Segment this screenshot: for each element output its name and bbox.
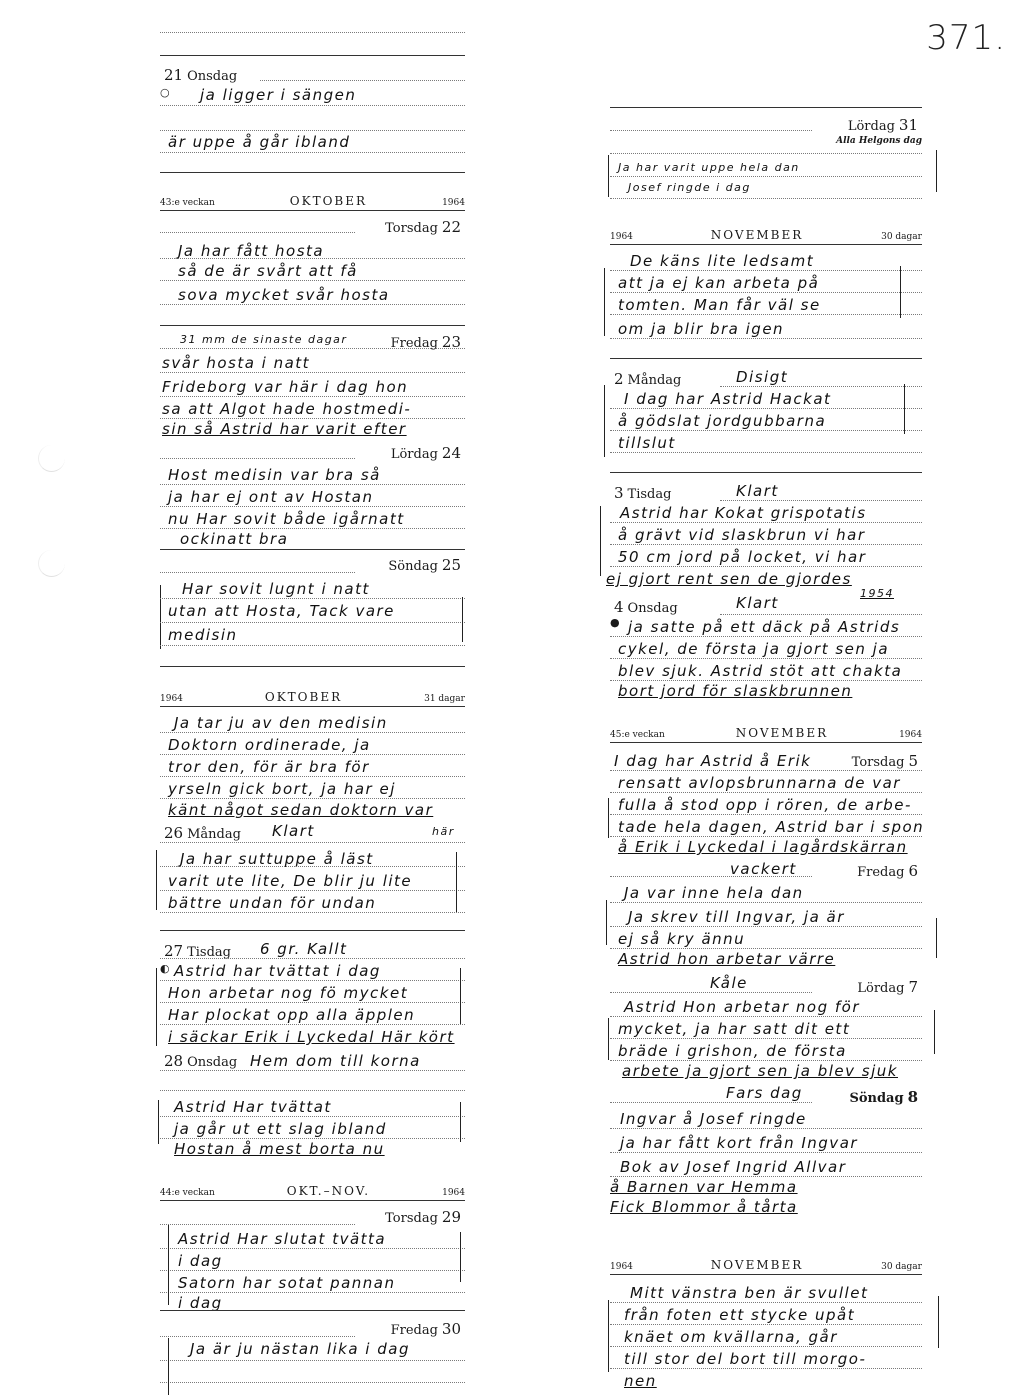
entry-line: Josef ringde i dag: [628, 182, 922, 193]
moon-phase-icon: ●: [610, 616, 620, 629]
entry-line: i säckar Erik i Lyckedal Här kört: [168, 1030, 465, 1045]
weather-note: Klart: [736, 596, 922, 611]
entry-line: Astrid Hon arbetar nog för: [624, 1000, 922, 1015]
entry-line: är uppe å går ibland: [168, 135, 465, 150]
entry-line: Ja skrev till Ingvar, ja är: [628, 910, 922, 925]
entry-line: om ja blir bra igen: [618, 322, 922, 337]
day-label-24: Lördag24: [391, 444, 465, 462]
day-label-7: Lördag7: [857, 978, 922, 996]
weather-note: 6 gr. Kallt: [260, 942, 465, 957]
entry-line: tade hela dagen, Astrid bar i spon: [618, 820, 922, 835]
month-header: 1964 NOVEMBER 30 dagar: [610, 222, 922, 245]
holiday-label: Alla Helgons dag: [836, 136, 922, 146]
entry-line: Frideborg var här i dag hon: [162, 380, 465, 395]
weather-note: Disigt: [736, 370, 922, 385]
entry-line: Ingvar å Josef ringde: [620, 1112, 922, 1127]
entry-line: så de är svårt att få: [178, 264, 465, 279]
entry-line: Har plockat opp alla äpplen: [168, 1008, 465, 1023]
day-label-2: 2Måndag: [610, 370, 681, 388]
entry-line: Astrid hon arbetar värre: [618, 952, 922, 967]
entry-line: å gödslat jordgubbarna: [618, 414, 922, 429]
entry-line: Astrid Har slutat tvätta: [178, 1232, 465, 1247]
entry-line: Astrid Har tvättat: [174, 1100, 465, 1115]
entry-line: Fick Blommor å tårta: [610, 1200, 922, 1215]
moon-phase-icon: ◐: [160, 962, 170, 975]
entry-line: Astrid har Kokat grispotatis: [620, 506, 922, 521]
entry-line: nen: [624, 1374, 922, 1389]
weather-note: Hem dom till korna: [250, 1054, 465, 1069]
entry-line: tomten. Man får väl se: [618, 298, 922, 313]
day-label-25: Söndag25: [388, 556, 465, 574]
entry-line: Ja har varit uppe hela dan: [618, 162, 922, 173]
day-label-26: 26Måndag: [160, 824, 241, 842]
moon-phase-icon: ○: [160, 86, 170, 99]
entry-line: Ja tar ju av den medisin: [174, 716, 465, 731]
entry-line: känt något sedan doktorn var: [168, 803, 465, 818]
day-label-8: Söndag8: [849, 1088, 922, 1106]
entry-line: ja satte på ett däck på Astrids: [628, 620, 922, 635]
entry-line: nu Har sovit både igårnatt: [168, 512, 465, 527]
entry-line: från foten ett stycke upåt: [624, 1308, 922, 1323]
punch-hole-top: [38, 445, 65, 472]
entry-line: Hon arbetar nog fö mycket: [168, 986, 465, 1001]
entry-line: ja har fått kort från Ingvar: [620, 1136, 922, 1151]
entry-line: yrseln gick bort, ja har ej: [168, 782, 465, 797]
entry-line: sin så Astrid har varit efter: [162, 422, 465, 437]
entry-line: å grävt vid slaskbrun vi har: [618, 528, 922, 543]
entry-line: Satorn har sotat pannan: [178, 1276, 465, 1291]
entry-line: å Erik i Lyckedal i lagårdskärran: [618, 840, 922, 855]
entry-line: Hostan å mest borta nu: [174, 1142, 465, 1157]
entry-line: ja går ut ett slag ibland: [174, 1122, 465, 1137]
entry-line: i dag: [178, 1254, 465, 1269]
day-label-3: 3Tisdag: [610, 484, 671, 502]
week-header: 45:e veckan NOVEMBER 1964: [610, 720, 922, 743]
entry-line: sa att Algot hade hostmedi-: [162, 402, 465, 417]
entry-line: rensatt avlopsbrunnarna de var: [618, 776, 922, 791]
week-header: 44:e veckan OKT.–NOV. 1964: [160, 1178, 465, 1201]
day-label-5: Torsdag5: [852, 752, 922, 770]
entry-line: ja ligger i sängen: [200, 88, 465, 103]
entry-line: Mitt vänstra ben är svullet: [630, 1286, 922, 1301]
day-label-28: 28Onsdag: [160, 1052, 237, 1070]
entry-line: Har sovit lugnt i natt: [182, 582, 465, 597]
day-label-4: 4Onsdag: [610, 598, 678, 616]
entry-line: ockinatt bra: [180, 532, 465, 547]
punch-hole-bottom: [38, 550, 65, 577]
margin-note: här: [432, 826, 465, 837]
entry-line: I dag har Astrid Hackat: [624, 392, 922, 407]
day-label-21: 21Onsdag: [160, 66, 237, 84]
entry-line: till stor del bort till morgo-: [624, 1352, 922, 1367]
entry-line: bort jord för slaskbrunnen: [618, 684, 922, 699]
entry-line: Ja är ju nästan lika i dag: [190, 1342, 465, 1357]
entry-line: cykel, de första ja gjort sen ja: [618, 642, 922, 657]
entry-line: sova mycket svår hosta: [178, 288, 465, 303]
entry-line: fulla å stod opp i rören, de arbe-: [618, 798, 922, 813]
day-label-29: Torsdag29: [385, 1208, 465, 1226]
entry-line: knäet om kvällarna, går: [624, 1330, 922, 1345]
entry-line: bräde i grishon, de första: [618, 1044, 922, 1059]
entry-line: Bok av Josef Ingrid Allvar: [620, 1160, 922, 1175]
entry-line: Doktorn ordinerade, ja: [168, 738, 465, 753]
entry-line: Host medisin var bra så: [168, 468, 465, 483]
entry-line: Ja har suttuppe å läst: [180, 852, 465, 867]
month-header: 1964 OKTOBER 31 dagar: [160, 684, 465, 707]
day-label-6: Fredag6: [857, 862, 922, 880]
day-label-22: Torsdag22: [385, 218, 465, 236]
entry-line: svår hosta i natt: [162, 356, 465, 371]
entry-line: Ja har fått hosta: [178, 244, 465, 259]
day-label-31: Lördag31: [848, 116, 922, 134]
entry-line: 50 cm jord på locket, vi har: [618, 550, 922, 565]
entry-line: arbete ja gjort sen ja blev sjuk: [622, 1064, 922, 1079]
entry-line: ej gjort rent sen de gjordes: [606, 572, 922, 587]
entry-line: De käns lite ledsamt: [630, 254, 922, 269]
entry-line: Astrid har tvättat i dag: [174, 964, 465, 979]
entry-line: att ja ej kan arbeta på: [618, 276, 922, 291]
day-label-30: Fredag30: [391, 1320, 465, 1338]
entry-line: tror den, för är bra för: [168, 760, 465, 775]
entry-line: Ja var inne hela dan: [624, 886, 922, 901]
entry-line: ja har ej ont av Hostan: [168, 490, 465, 505]
month-header: 1964 NOVEMBER 30 dagar: [610, 1252, 922, 1275]
entry-line: varit ute lite, De blir ju lite: [168, 874, 465, 889]
entry-line: medisin: [168, 628, 465, 643]
entry-line: mycket, ja har satt dit ett: [618, 1022, 922, 1037]
entry-line: bättre undan för undan: [168, 896, 465, 911]
weather-note: Klart: [736, 484, 922, 499]
entry-line: utan att Hosta, Tack vare: [168, 604, 465, 619]
week-header: 43:e veckan OKTOBER 1964: [160, 188, 465, 211]
entry-line: i dag: [178, 1296, 465, 1311]
entry-line: tillslut: [618, 436, 922, 451]
entry-line: å Barnen var Hemma: [610, 1180, 922, 1195]
entry-line: blev sjuk. Astrid stöt att chakta: [618, 664, 922, 679]
page-number: 371.: [926, 18, 1006, 58]
entry-line: ej så kry ännu: [618, 932, 922, 947]
